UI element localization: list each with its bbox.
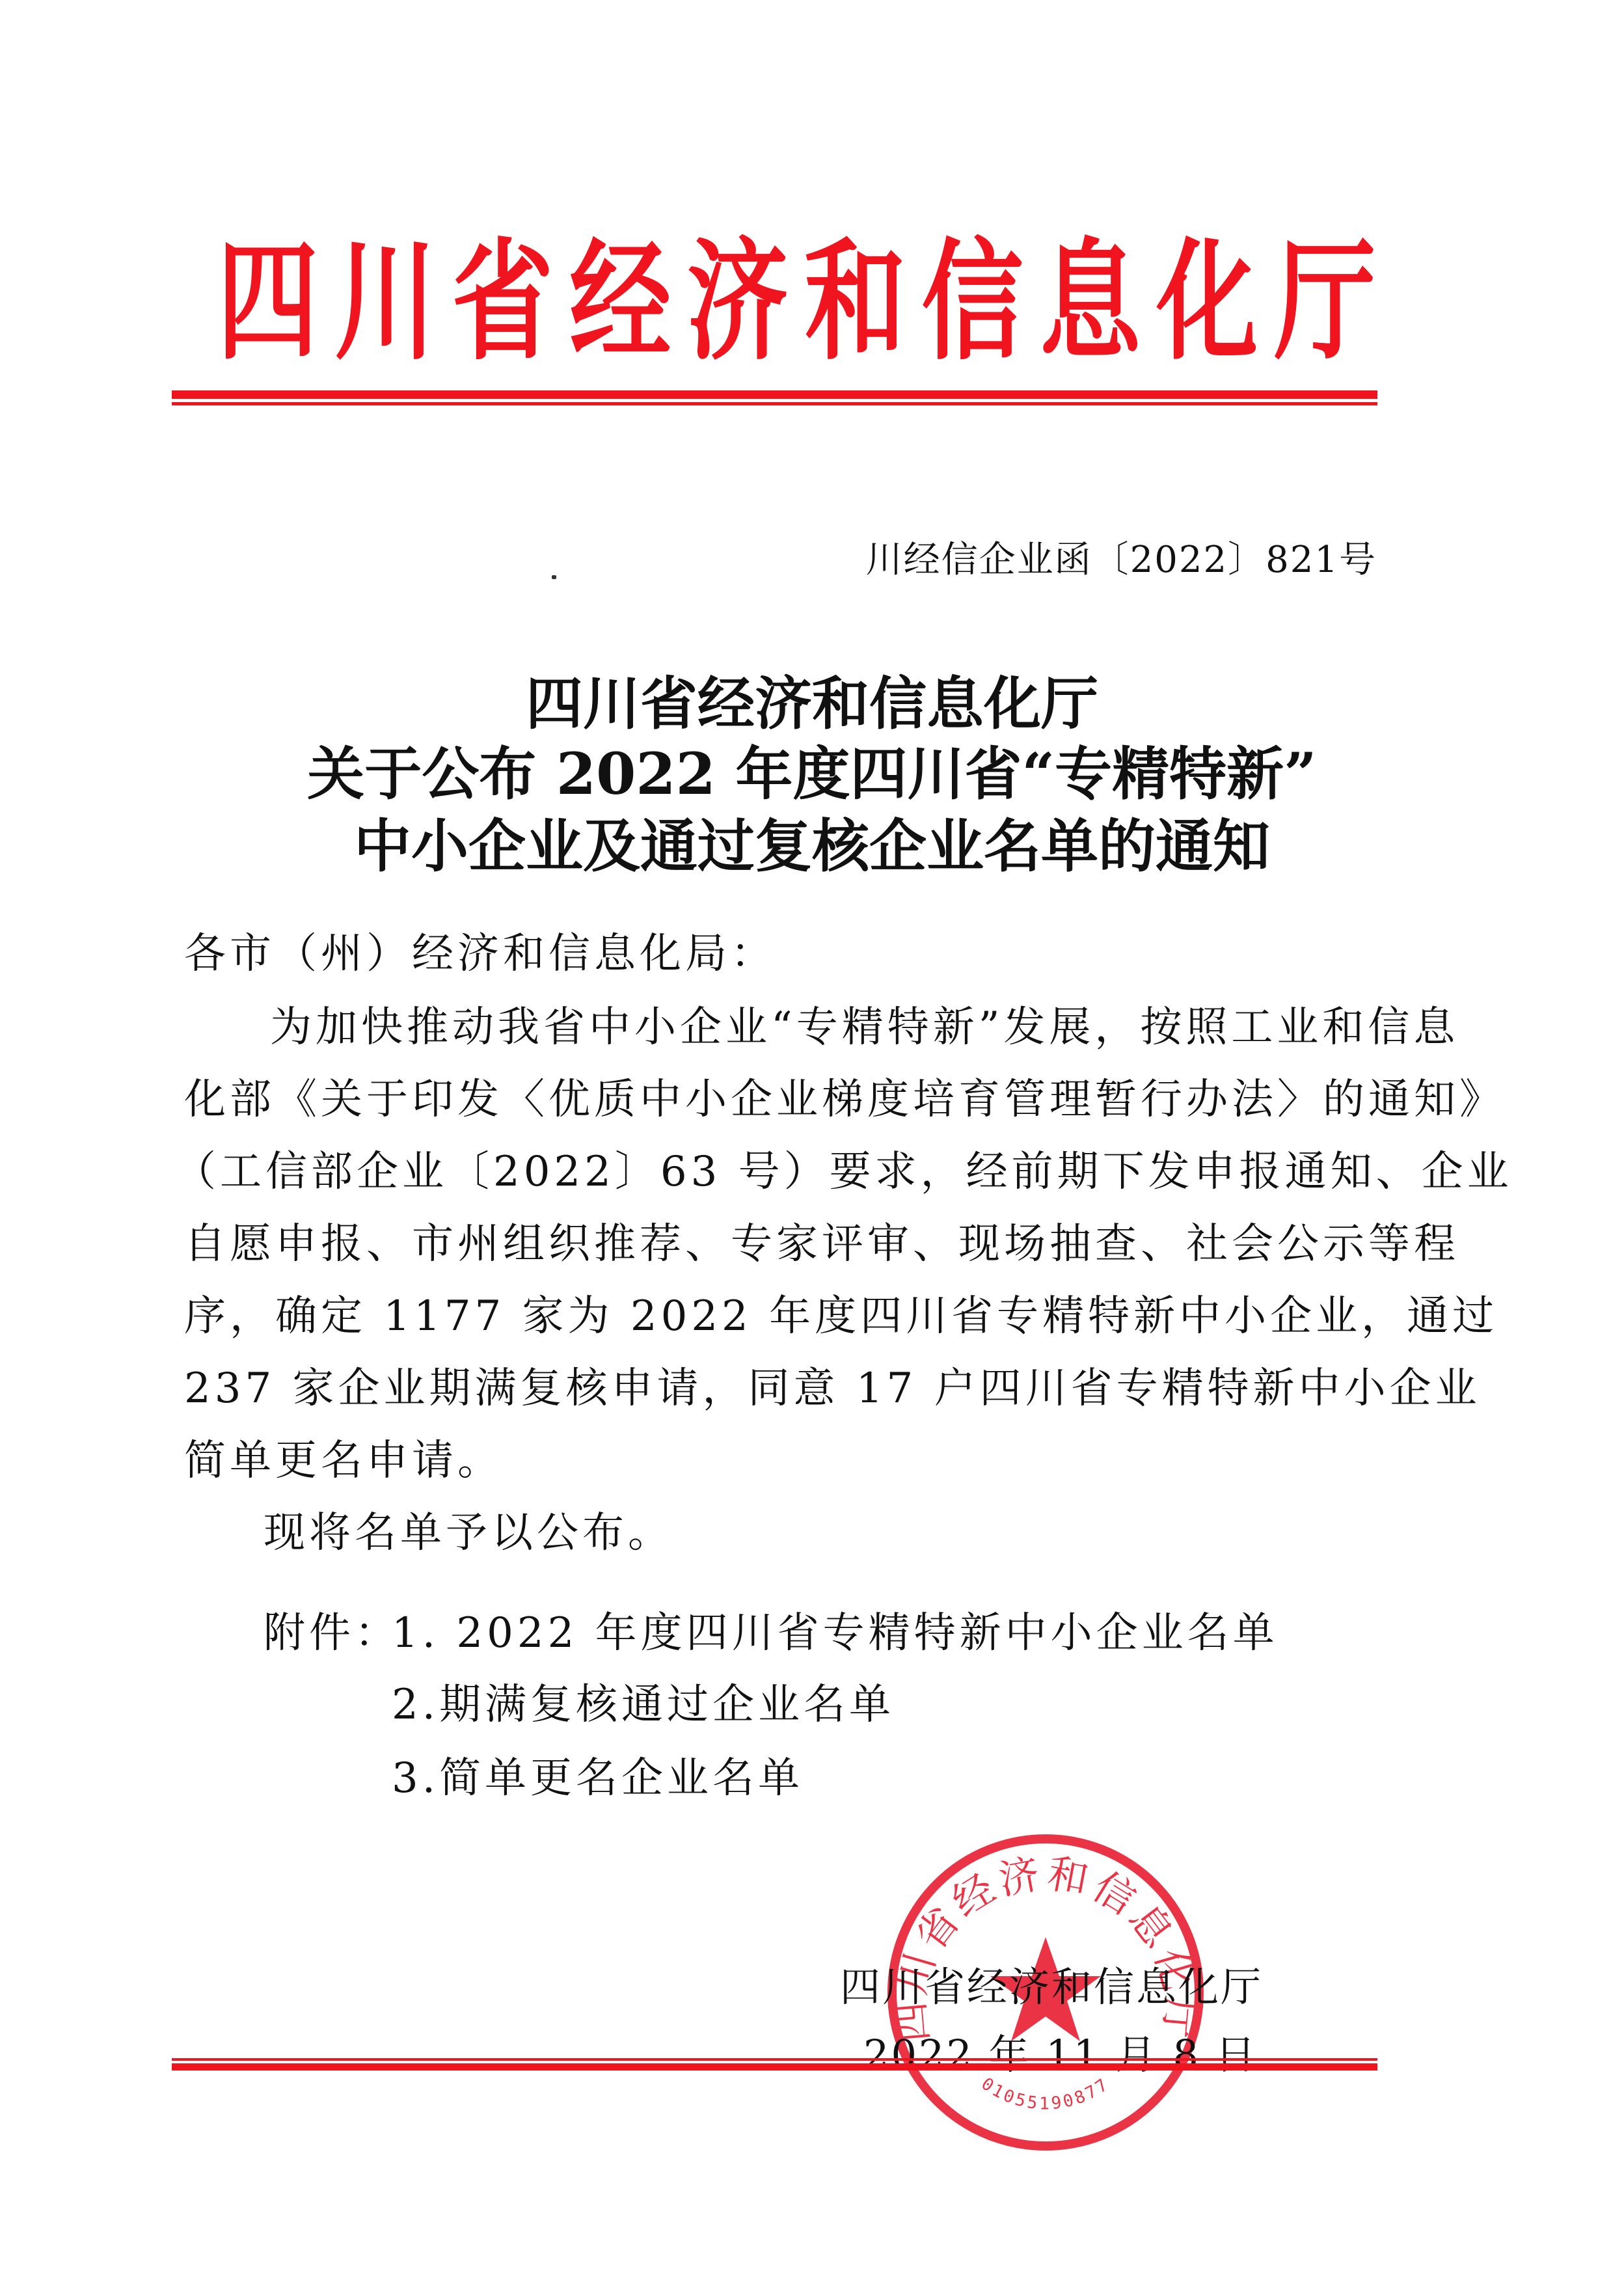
paragraph-line: 为加快推动我省中小企业“专精特新”发展，按照工业和信息 xyxy=(270,992,1459,1064)
letterhead-char: 信 xyxy=(922,229,998,375)
document-number: 川经信企业函〔2022〕821号 xyxy=(866,537,1377,583)
letterhead-char: 经 xyxy=(569,229,645,375)
letterhead-char: 化 xyxy=(1157,229,1233,375)
heading-line-1: 四川省经济和信息化厅 xyxy=(0,668,1624,739)
attachments-label: 附件： xyxy=(264,1597,400,1670)
letterhead-divider-thick xyxy=(172,390,1377,399)
letterhead-char: 济 xyxy=(687,229,763,375)
paragraph-line: （工信部企业〔2022〕63 号）要求，经前期下发申报通知、企业 xyxy=(174,1136,1513,1208)
letterhead-char: 四 xyxy=(217,229,293,375)
letterhead-char: 川 xyxy=(334,229,411,375)
letterhead-char: 息 xyxy=(1039,229,1115,375)
attachment-item: 2.期满复核通过企业名单 xyxy=(392,1669,895,1741)
salutation: 各市（州）经济和信息化局： xyxy=(184,918,776,990)
paragraph-line: 化部《关于印发〈优质中小企业梯度培育管理暂行办法〉的通知》 xyxy=(184,1064,1505,1136)
paragraph-line: 237 家企业期满复核申请，同意 17 户四川省专精特新中小企业 xyxy=(184,1353,1481,1425)
heading-line-2: 关于公布 2022 年度四川省“专精特新” xyxy=(0,738,1624,809)
scan-speck xyxy=(552,575,556,579)
heading-line-3: 中小企业及通过复核企业名单的通知 xyxy=(0,810,1624,882)
footer-divider-thick xyxy=(172,2063,1377,2071)
letterhead-char: 省 xyxy=(452,229,528,375)
letterhead-title: 四 川 省 经 济 和 信 息 化 厅 xyxy=(206,229,1361,375)
footer-divider-thin xyxy=(172,2058,1377,2061)
letterhead-char: 和 xyxy=(804,229,880,375)
attachment-item: 1. 2022 年度四川省专精特新中小企业名单 xyxy=(392,1597,1279,1670)
attachment-item: 3.简单更名企业名单 xyxy=(392,1743,804,1815)
signature-org: 四川省经济和信息化厅 xyxy=(840,1961,1263,2013)
paragraph-line: 自愿申报、市州组织推荐、专家评审、现场抽查、社会公示等程 xyxy=(184,1208,1459,1281)
body-paragraph-2: 现将名单予以公布。 xyxy=(264,1497,673,1569)
paragraph-line: 序，确定 1177 家为 2022 年度四川省专精特新中小企业，通过 xyxy=(184,1281,1498,1353)
paragraph-line: 简单更名申请。 xyxy=(184,1425,503,1497)
letterhead-char: 厅 xyxy=(1274,229,1350,375)
letterhead-divider-thin xyxy=(172,402,1377,405)
signature-date: 2022 年 11 月 8 日 xyxy=(863,2029,1258,2081)
